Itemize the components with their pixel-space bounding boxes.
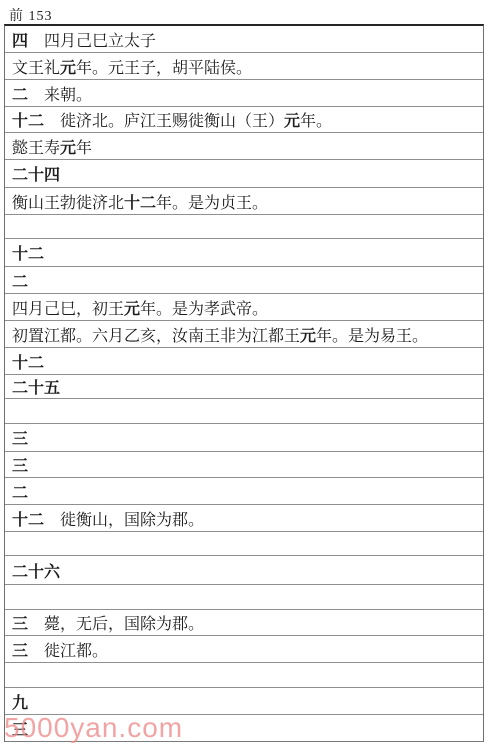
- entry-number-bold: 十二: [12, 108, 60, 131]
- entry-number-bold: 十二: [12, 507, 60, 530]
- entry-number-bold: 元: [300, 323, 316, 346]
- table-row: 四月己巳，初王元年。是为孝武帝。: [5, 294, 483, 321]
- entry-text: 徙济北。庐江王赐徙衡山（王）: [60, 108, 284, 131]
- entry-text: 衡山王勃徙济北: [12, 190, 124, 213]
- entry-number-bold: 元: [60, 55, 76, 78]
- era-year-label: 前 153: [9, 5, 53, 25]
- entry-number-bold: 二十五: [12, 375, 60, 398]
- table-row-empty: [5, 215, 483, 239]
- table-row: 二十六: [5, 556, 483, 585]
- table-row: 二十五: [5, 375, 483, 399]
- table-row: 三 徙江都。: [5, 636, 483, 663]
- entry-text: 四月己巳立太子: [44, 28, 156, 51]
- entry-text: 年。是为易王。: [316, 323, 428, 346]
- entry-text: 年: [76, 135, 92, 158]
- entry-number-bold: 十二: [124, 190, 156, 213]
- table-row: 三 薨，无后，国除为郡。: [5, 610, 483, 636]
- table-row: 十二: [5, 348, 483, 375]
- entry-number-bold: 二: [12, 480, 28, 503]
- entry-number-bold: 十二: [12, 350, 44, 373]
- table-row: 二 来朝。: [5, 80, 483, 107]
- entry-number-bold: 三: [12, 717, 28, 740]
- table-row-empty: [5, 532, 483, 556]
- table-row: 九: [5, 688, 483, 715]
- table-row: 懿王寿元年: [5, 133, 483, 160]
- table-row: 文王礼元年。元王子，胡平陆侯。: [5, 53, 483, 80]
- entry-number-bold: 二: [12, 82, 44, 105]
- entry-number-bold: 二十四: [12, 162, 60, 185]
- entry-number-bold: 二十六: [12, 559, 60, 582]
- entry-text: 徙江都。: [44, 638, 108, 661]
- entry-text: 薨，无后，国除为郡。: [44, 611, 204, 634]
- table-row-empty: [5, 585, 483, 610]
- table-row: 二: [5, 478, 483, 505]
- entry-number-bold: 四: [12, 28, 44, 51]
- entry-text: 年。是为孝武帝。: [140, 296, 268, 319]
- entry-text: 年。元王子，胡平陆侯。: [76, 55, 252, 78]
- table-row: 三: [5, 424, 483, 452]
- table-row-empty: [5, 663, 483, 688]
- table-row: 三: [5, 452, 483, 478]
- entry-number-bold: 三: [12, 638, 44, 661]
- entry-number-bold: 三: [12, 611, 44, 634]
- entry-number-bold: 元: [60, 135, 76, 158]
- entry-text: 徙衡山，国除为郡。: [60, 507, 204, 530]
- table-row-empty: [5, 399, 483, 424]
- entry-text: 文王礼: [12, 55, 60, 78]
- table-row: 十二: [5, 239, 483, 267]
- table-row: 十二 徙济北。庐江王赐徙衡山（王）元年。: [5, 107, 483, 133]
- entry-number-bold: 九: [12, 690, 28, 713]
- entry-text: 四月己巳，初王: [12, 296, 124, 319]
- table-row: 三: [5, 715, 483, 741]
- table-row: 二: [5, 267, 483, 294]
- page: { "page": { "era_label": "前 153" }, "wat…: [0, 0, 488, 751]
- entry-number-bold: 元: [284, 108, 300, 131]
- entry-text: 来朝。: [44, 82, 92, 105]
- table-row: 十二 徙衡山，国除为郡。: [5, 505, 483, 532]
- entry-number-bold: 三: [12, 453, 28, 476]
- entry-text: 初置江都。六月乙亥，汝南王非为江都王: [12, 323, 300, 346]
- entry-number-bold: 三: [12, 426, 28, 449]
- entry-number-bold: 二: [12, 269, 28, 292]
- entry-text: 懿王寿: [12, 135, 60, 158]
- entry-text: 年。是为贞王。: [156, 190, 268, 213]
- entry-number-bold: 十二: [12, 241, 44, 264]
- chronology-table: 四 四月己巳立太子文王礼元年。元王子，胡平陆侯。二 来朝。十二 徙济北。庐江王赐…: [4, 24, 484, 742]
- entry-number-bold: 元: [124, 296, 140, 319]
- entry-text: 年。: [300, 108, 332, 131]
- table-row: 二十四: [5, 160, 483, 188]
- table-row: 初置江都。六月乙亥，汝南王非为江都王元年。是为易王。: [5, 321, 483, 348]
- table-row: 衡山王勃徙济北十二年。是为贞王。: [5, 188, 483, 215]
- table-row: 四 四月己巳立太子: [5, 26, 483, 53]
